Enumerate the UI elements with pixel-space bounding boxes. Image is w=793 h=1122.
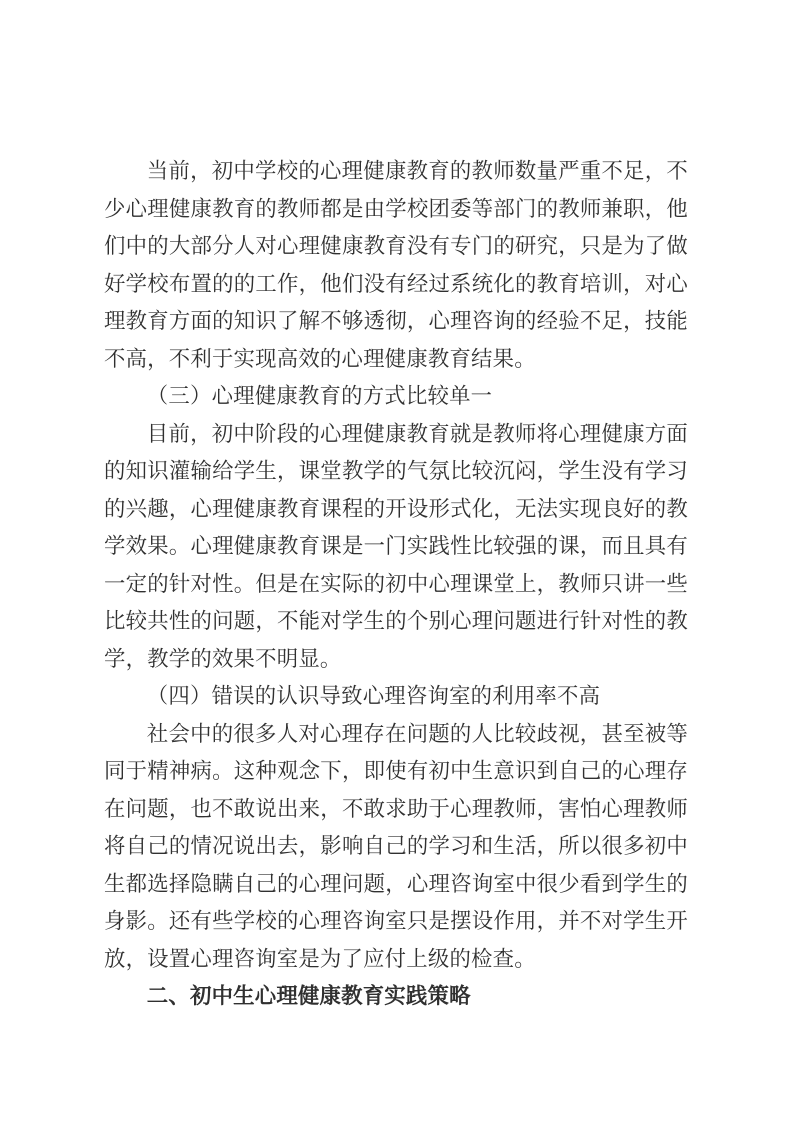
paragraph-line: 同于精神病。这种观念下，即使有初中生意识到自己的心理存 xyxy=(104,753,688,791)
paragraph-line: 不高，不利于实现高效的心理健康教育结果。 xyxy=(104,341,688,379)
document-body: 当前，初中学校的心理健康教育的教师数量严重不足，不少心理健康教育的教师都是由学校… xyxy=(104,153,688,1016)
paragraph: 当前，初中学校的心理健康教育的教师数量严重不足，不少心理健康教育的教师都是由学校… xyxy=(104,153,688,378)
paragraph-line: 们中的大部分人对心理健康教育没有专门的研究，只是为了做 xyxy=(104,228,688,266)
paragraph-line: 将自己的情况说出去，影响自己的学习和生活，所以很多初中 xyxy=(104,828,688,866)
paragraph-line: 生都选择隐瞒自己的心理问题，心理咨询室中很少看到学生的 xyxy=(104,866,688,904)
paragraph-line: 理教育方面的知识了解不够透彻，心理咨询的经验不足，技能 xyxy=(104,303,688,341)
document-page: 当前，初中学校的心理健康教育的教师数量严重不足，不少心理健康教育的教师都是由学校… xyxy=(0,0,793,1122)
paragraph-line: 好学校布置的的工作，他们没有经过系统化的教育培训，对心 xyxy=(104,266,688,304)
paragraph-line: 学效果。心理健康教育课是一门实践性比较强的课，而且具有 xyxy=(104,528,688,566)
subsection-heading: （三）心理健康教育的方式比较单一 xyxy=(104,378,688,416)
section-heading: 二、初中生心理健康教育实践策略 xyxy=(104,978,688,1016)
paragraph-line: 在问题，也不敢说出来，不敢求助于心理教师，害怕心理教师 xyxy=(104,791,688,829)
paragraph-line: 的兴趣，心理健康教育课程的开设形式化，无法实现良好的教 xyxy=(104,491,688,529)
paragraph-line: 当前，初中学校的心理健康教育的教师数量严重不足，不 xyxy=(104,153,688,191)
paragraph-line: 少心理健康教育的教师都是由学校团委等部门的教师兼职，他 xyxy=(104,191,688,229)
paragraph: 目前，初中阶段的心理健康教育就是教师将心理健康方面的知识灌输给学生，课堂教学的气… xyxy=(104,416,688,679)
paragraph-line: 社会中的很多人对心理存在问题的人比较歧视，甚至被等 xyxy=(104,716,688,754)
paragraph: 社会中的很多人对心理存在问题的人比较歧视，甚至被等同于精神病。这种观念下，即使有… xyxy=(104,716,688,979)
paragraph-line: 的知识灌输给学生，课堂教学的气氛比较沉闷，学生没有学习 xyxy=(104,453,688,491)
paragraph-line: 目前，初中阶段的心理健康教育就是教师将心理健康方面 xyxy=(104,416,688,454)
paragraph-line: 学，教学的效果不明显。 xyxy=(104,641,688,679)
subsection-heading: （四）错误的认识导致心理咨询室的利用率不高 xyxy=(104,678,688,716)
paragraph-line: 放，设置心理咨询室是为了应付上级的检查。 xyxy=(104,941,688,979)
paragraph-line: 一定的针对性。但是在实际的初中心理课堂上，教师只讲一些 xyxy=(104,566,688,604)
paragraph-line: 身影。还有些学校的心理咨询室只是摆设作用，并不对学生开 xyxy=(104,903,688,941)
paragraph-line: 比较共性的问题，不能对学生的个别心理问题进行针对性的教 xyxy=(104,603,688,641)
